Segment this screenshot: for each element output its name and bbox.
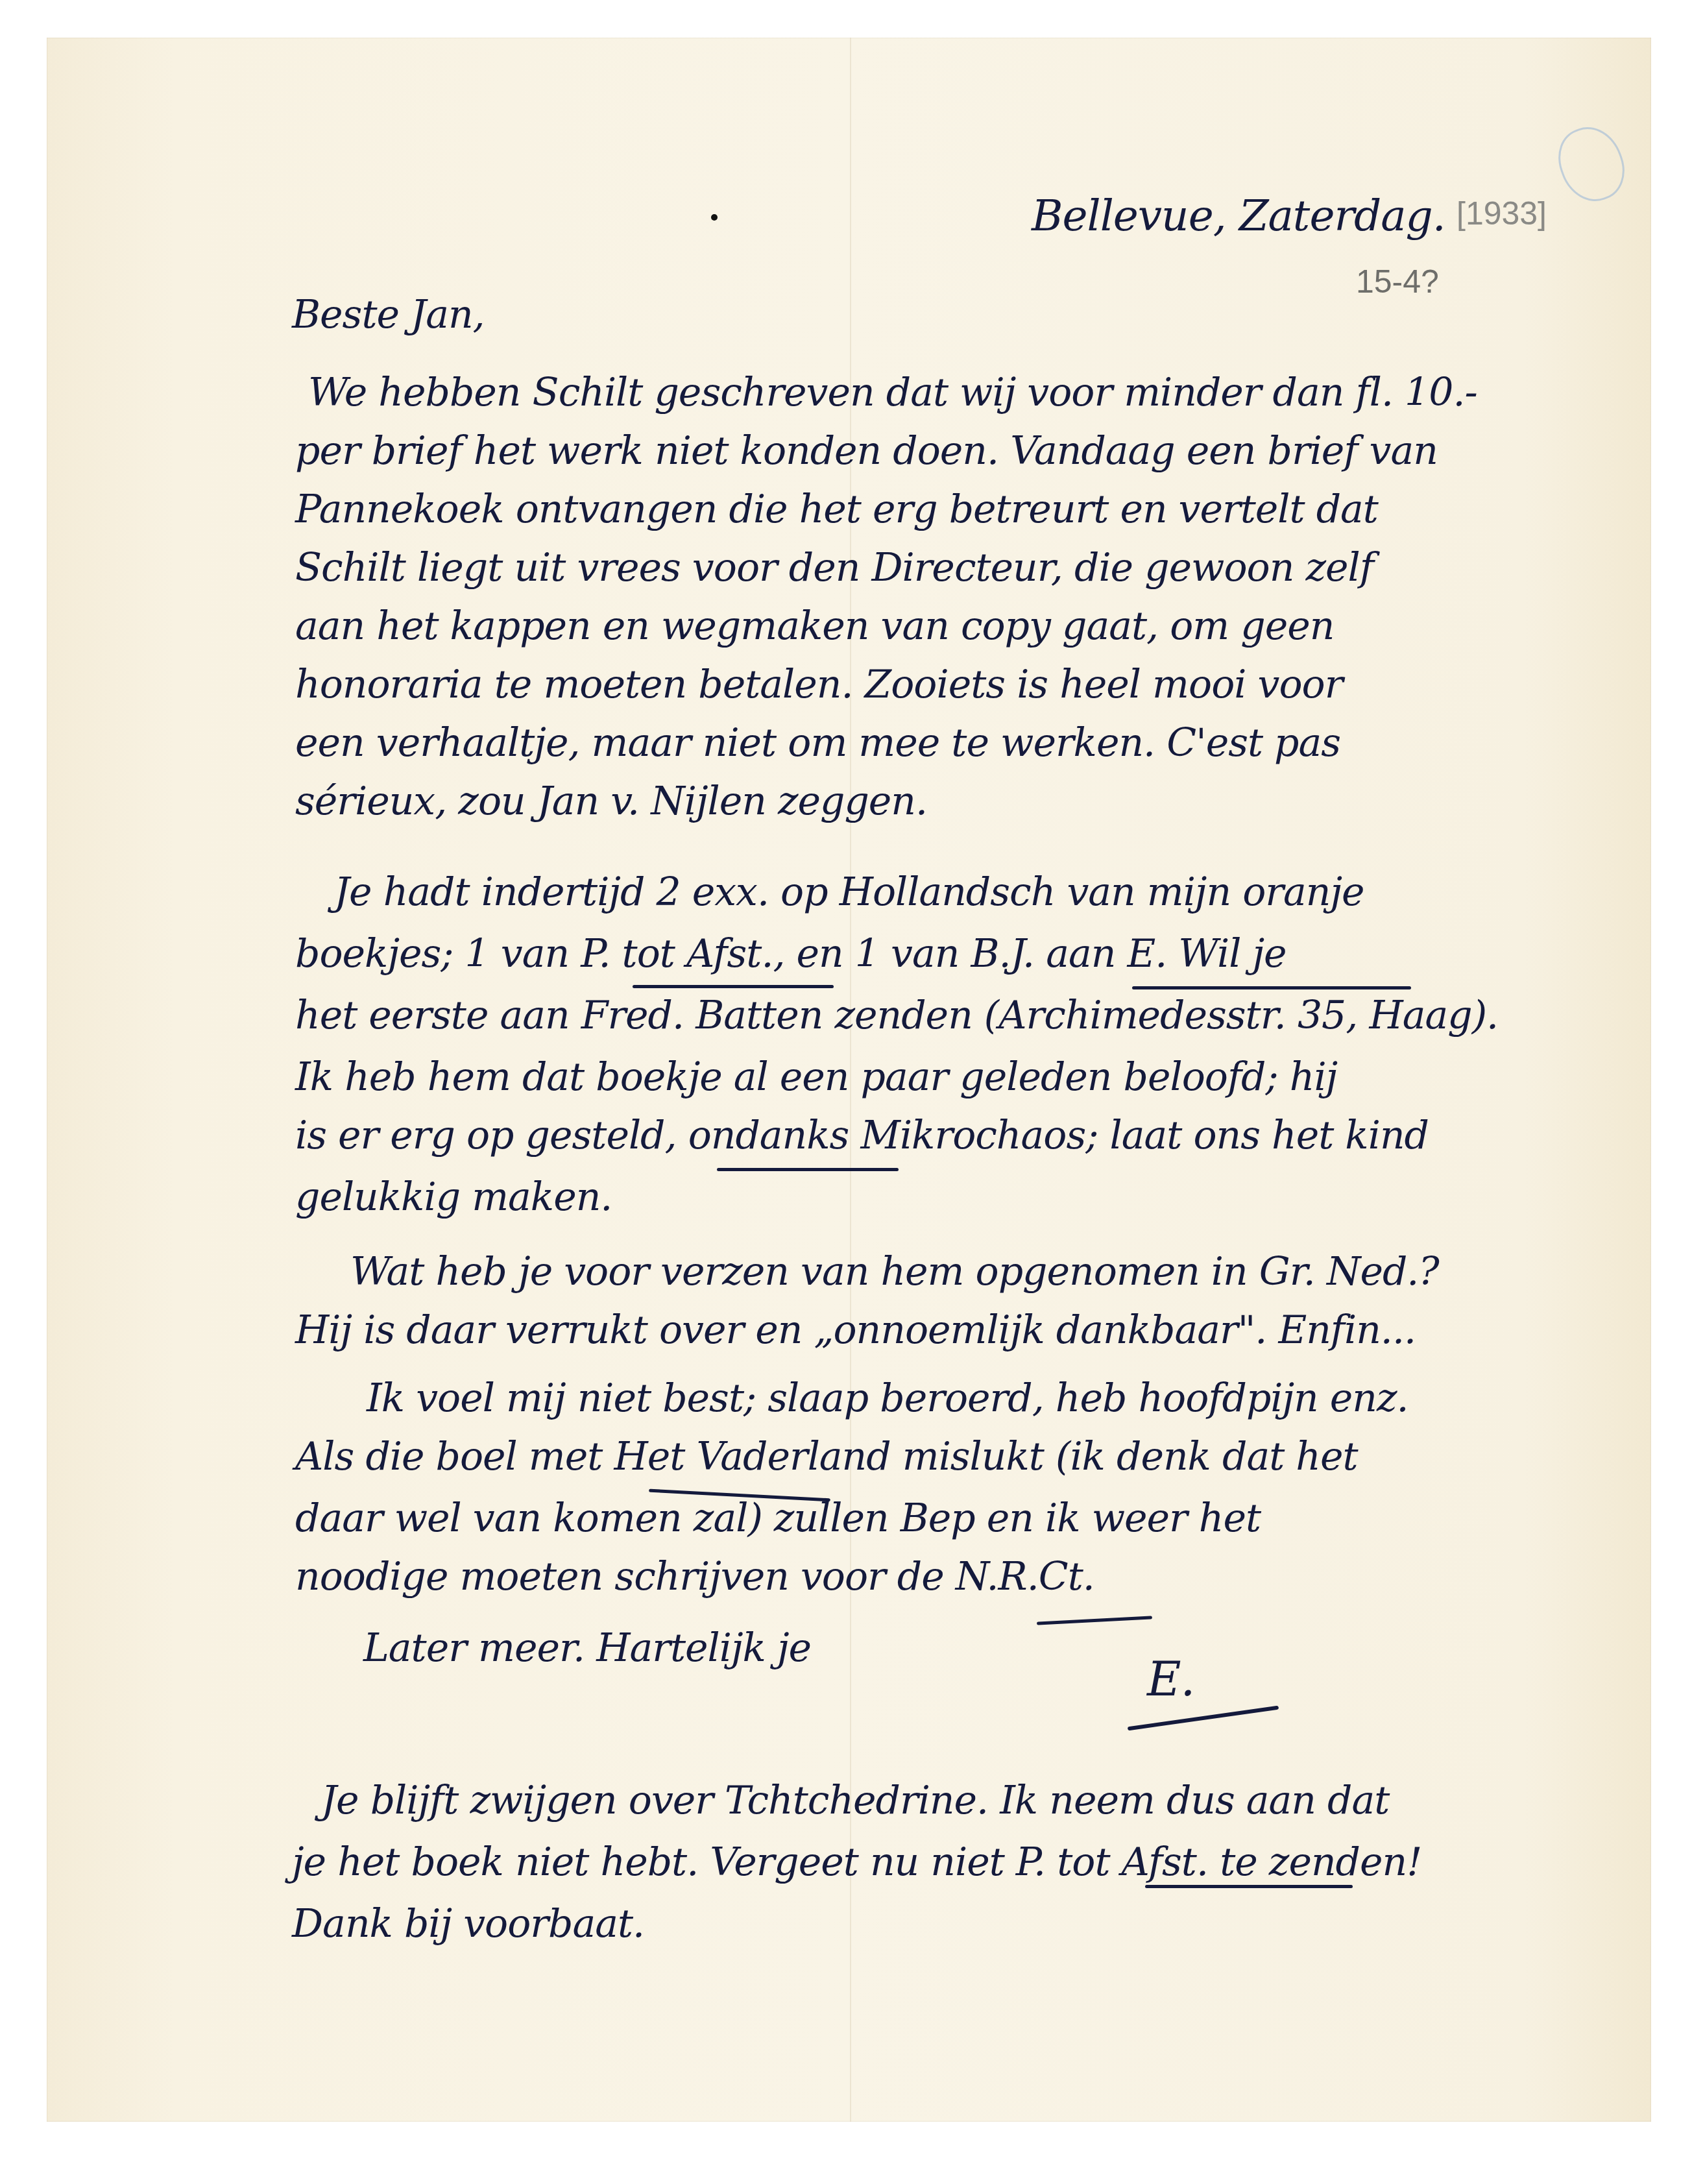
body-line-text: boekjes; 1 van P. tot Afst., en 1 van B.… <box>295 931 1287 977</box>
salutation: Beste Jan, <box>292 295 485 334</box>
body-line: Ik heb hem dat boekje al een paar gelede… <box>295 1058 1337 1097</box>
closing-line: Later meer. Hartelijk je <box>363 1629 811 1668</box>
underline-bj-aan-e <box>1132 986 1411 989</box>
body-line: Je hadt indertijd 2 exx. op Hollandsch v… <box>334 873 1364 912</box>
body-line-with-titles: boekjes; 1 van P. tot Afst., en 1 van B.… <box>295 934 1287 973</box>
underline-mikrochaos <box>717 1168 899 1171</box>
body-line: gelukkig maken. <box>295 1178 612 1217</box>
body-line: Ik voel mij niet best; slaap beroerd, he… <box>367 1379 1408 1418</box>
body-line: Als die boel met Het Vaderland mislukt (… <box>295 1437 1358 1476</box>
body-line: het eerste aan Fred. Batten zenden (Arch… <box>295 996 1498 1035</box>
body-line: sérieux, zou Jan v. Nijlen zeggen. <box>295 782 927 821</box>
body-line: daar wel van komen zal) zullen Bep en ik… <box>295 1499 1261 1538</box>
postscript-line: je het boek niet hebt. Vergeet nu niet P… <box>292 1843 1421 1882</box>
ink-dot <box>711 214 718 221</box>
body-line: is er erg op gesteld, ondanks Mikrochaos… <box>295 1116 1429 1155</box>
body-line: aan het kappen en wegmaken van copy gaat… <box>295 607 1334 646</box>
place-date-heading: Bellevue, Zaterdag. <box>1032 195 1445 237</box>
body-line: per brief het werk niet konden doen. Van… <box>295 431 1438 470</box>
pencil-date-annotation: 15-4? <box>1356 263 1439 300</box>
signature: E. <box>1147 1656 1194 1703</box>
body-line: Wat heb je voor verzen van hem opgenomen… <box>350 1252 1439 1291</box>
underline-p-tot-afst <box>633 985 834 988</box>
body-line: Pannekoek ontvangen die het erg betreurt… <box>295 490 1378 529</box>
pencil-year-annotation: [1933] <box>1456 195 1547 232</box>
underline-p-tot-afst-ps <box>1145 1885 1353 1888</box>
body-line: We hebben Schilt geschreven dat wij voor… <box>308 373 1477 412</box>
postscript-line: Dank bij voorbaat. <box>292 1904 644 1943</box>
body-line: Schilt liegt uit vrees voor den Directeu… <box>295 548 1373 587</box>
body-line: Hij is daar verrukt over en „onnoemlijk … <box>295 1311 1416 1350</box>
body-line: noodige moeten schrijven voor de N.R.Ct. <box>295 1557 1094 1596</box>
body-line: een verhaaltje, maar niet om mee te werk… <box>295 723 1340 762</box>
postscript-line: Je blijft zwijgen over Tchtchedrine. Ik … <box>321 1781 1389 1820</box>
body-line: honoraria te moeten betalen. Zooiets is … <box>295 665 1342 704</box>
